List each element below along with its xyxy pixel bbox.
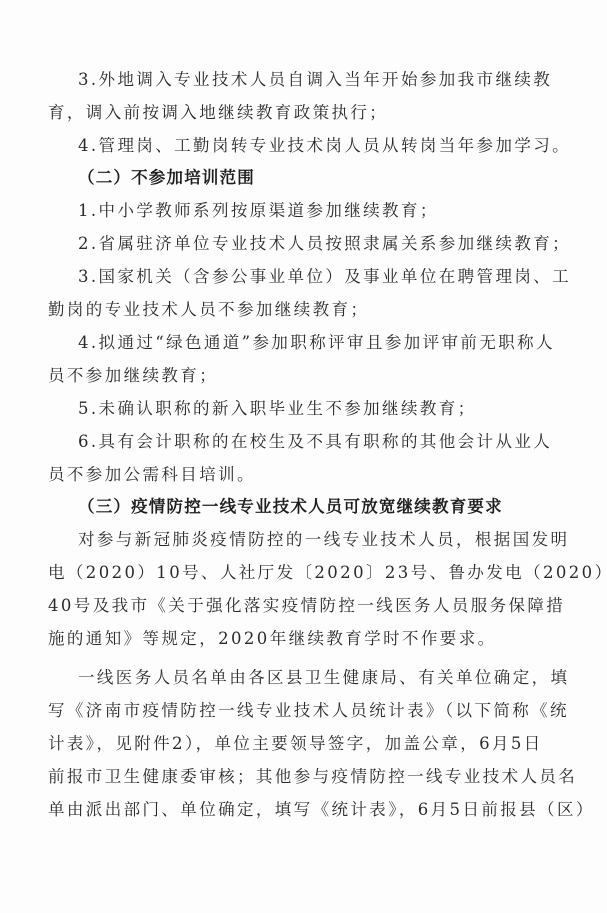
paragraph-line: 6.具有会计职称的在校生及不具有职称的其他会计从业人 (78, 431, 482, 453)
paragraph-line: 电（2020）10号、人社厅发〔2020〕23号、鲁办发电（2020） (48, 562, 482, 584)
paragraph-line: 3.外地调入专业技术人员自调入当年开始参加我市继续教 (78, 69, 482, 91)
paragraph-line: 计表》，见附件2），单位主要领导签字，加盖公章，6月5日 (48, 733, 482, 755)
document-page: 3.外地调入专业技术人员自调入当年开始参加我市继续教育，调入前按调入地继续教育政… (0, 0, 607, 913)
paragraph-line: 1.中小学教师系列按原渠道参加继续教育； (78, 200, 482, 222)
paragraph-line: 前报市卫生健康委审核；其他参与疫情防控一线专业技术人员名 (48, 766, 482, 788)
paragraph-line: 一线医务人员名单由各区县卫生健康局、有关单位确定，填 (78, 667, 482, 689)
section-heading: （三）疫情防控一线专业技术人员可放宽继续教育要求 (78, 496, 482, 518)
paragraph-line: 育，调入前按调入地继续教育政策执行； (48, 102, 482, 124)
paragraph-line: 4.管理岗、工勤岗转专业技术岗人员从转岗当年参加学习。 (78, 135, 482, 157)
paragraph-line: 3.国家机关（含参公事业单位）及事业单位在聘管理岗、工 (78, 266, 482, 288)
section-heading: （二）不参加培训范围 (78, 167, 482, 189)
paragraph-line: 员不参加公需科目培训。 (48, 464, 482, 486)
paragraph-line: 对参与新冠肺炎疫情防控的一线专业技术人员，根据国发明 (78, 529, 482, 551)
paragraph-line: 单由派出部门、单位确定，填写《统计表》，6月5日前报县（区） (48, 799, 482, 821)
paragraph-line: 2.省属驻济单位专业技术人员按照隶属关系参加继续教育； (78, 233, 482, 255)
paragraph-line: 40号及我市《关于强化落实疫情防控一线医务人员服务保障措 (48, 595, 482, 617)
paragraph-line: 员不参加继续教育； (48, 365, 482, 387)
paragraph-line: 5.未确认职称的新入职毕业生不参加继续教育； (78, 398, 482, 420)
paragraph-line: 写《济南市疫情防控一线专业技术人员统计表》（以下简称《统 (48, 700, 482, 722)
paragraph-line: 施的通知》等规定，2020年继续教育学时不作要求。 (48, 628, 482, 650)
paragraph-line: 4.拟通过“绿色通道”参加职称评审且参加评审前无职称人 (78, 332, 482, 354)
paragraph-line: 勤岗的专业技术人员不参加继续教育； (48, 299, 482, 321)
